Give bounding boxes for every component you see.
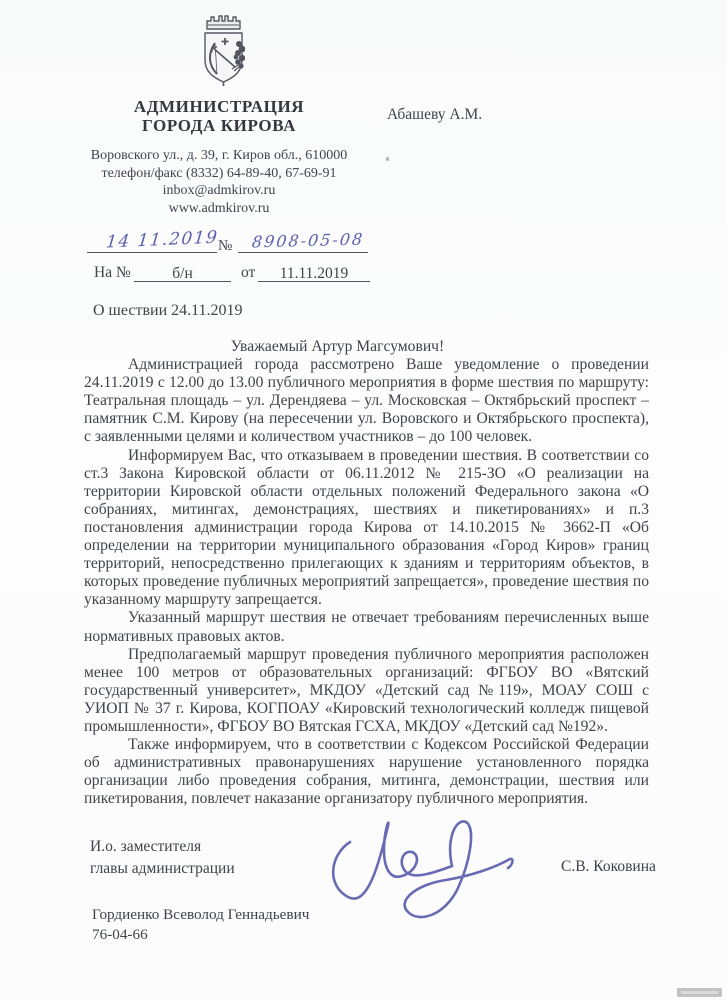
incoming-number-value: б/н	[134, 264, 231, 282]
incoming-from-label: от	[241, 264, 255, 282]
handwritten-signature	[300, 806, 530, 931]
handwritten-outgoing-number: 8908-05-08	[251, 229, 365, 251]
signer-name: С.В. Коковина	[561, 858, 656, 876]
org-phone-fax: телефон/факс (8332) 64-89-40, 67-69-91	[74, 165, 364, 183]
org-name-line2: ГОРОДА КИРОВА	[94, 116, 344, 135]
kirov-coat-of-arms-icon	[199, 12, 245, 90]
org-contact-block: Воровского ул., д. 39, г. Киров обл., 61…	[74, 147, 364, 217]
recipient-name: Абашеву А.М.	[387, 106, 482, 124]
executor-name: Гордиенко Всеволод Геннадьевич	[92, 906, 309, 924]
org-email: inbox@admkirov.ru	[74, 182, 364, 200]
scanned-letter-page: АДМИНИСТРАЦИЯ ГОРОДА КИРОВА Воровского у…	[0, 0, 727, 1000]
scan-speck	[386, 157, 389, 161]
body-paragraph: Указанный маршрут шествия не отвечает тр…	[84, 609, 649, 645]
body-paragraph: Администрацией города рассмотрено Ваше у…	[84, 356, 649, 446]
salutation: Уважаемый Артур Магсумович!	[84, 338, 649, 356]
org-website: www.admkirov.ru	[74, 200, 364, 218]
watermark-badge	[677, 988, 722, 997]
incoming-number-label: На №	[94, 264, 131, 282]
body-paragraph: Информируем Вас, что отказываем в провед…	[84, 447, 649, 610]
body-paragraph: Также информируем, что в соответствии с …	[84, 736, 649, 808]
executor-phone: 76-04-66	[92, 926, 148, 944]
org-address: Воровского ул., д. 39, г. Киров обл., 61…	[74, 147, 364, 165]
body-paragraph: Предполагаемый маршрут проведения публич…	[84, 646, 649, 736]
subject-line: О шествии 24.11.2019	[93, 302, 243, 320]
letter-body: Уважаемый Артур Магсумович! Администраци…	[84, 338, 649, 808]
signer-position-line2: главы администрации	[90, 860, 235, 878]
signer-position-line1: И.о. заместителя	[90, 838, 201, 856]
number-sign-label: №	[218, 238, 232, 255]
org-name-line1: АДМИНИСТРАЦИЯ	[94, 97, 344, 116]
body-paragraphs: Администрацией города рассмотрено Ваше у…	[84, 356, 649, 808]
mural-crown	[207, 16, 240, 29]
incoming-date-value: 11.11.2019	[258, 264, 370, 282]
org-name: АДМИНИСТРАЦИЯ ГОРОДА КИРОВА	[94, 97, 344, 135]
